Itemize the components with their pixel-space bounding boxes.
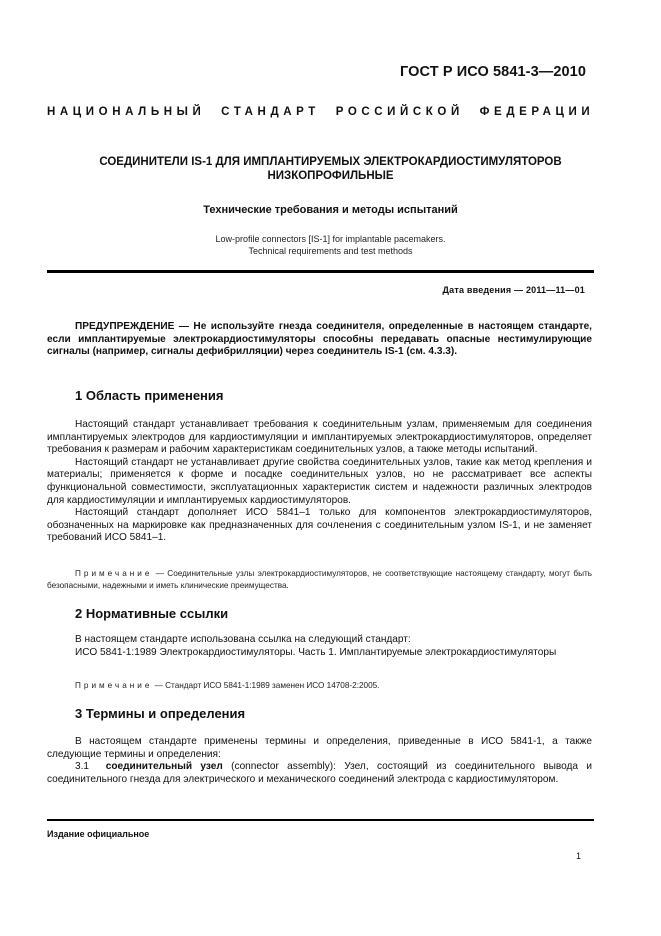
warning-label: ПРЕДУПРЕЖДЕНИЕ [75, 321, 174, 332]
reference-entry: ИСО 5841-1:1989 Электрокардиостимуляторы… [47, 647, 592, 660]
english-title-line-1: Low-profile connectors [IS-1] for implan… [40, 233, 621, 245]
english-title: Low-profile connectors [IS-1] for implan… [40, 233, 621, 257]
term-english: (connector assembly): [231, 761, 336, 772]
edition-label: Издание официальное [47, 829, 149, 839]
document-subtitle: Технические требования и методы испытани… [40, 204, 621, 216]
note-label: Примечание [75, 569, 152, 578]
paragraph: В настоящем стандарте использована ссылк… [47, 634, 592, 647]
term-name: соединительный узел [106, 761, 223, 772]
note-label: Примечание [75, 681, 152, 690]
introduction-date: Дата введения — 2011—11—01 [443, 285, 585, 295]
header-divider [47, 270, 594, 273]
section-3-body: В настоящем стандарте применены термины … [47, 736, 592, 786]
title-line-2: НИЗКОПРОФИЛЬНЫЕ [40, 169, 621, 183]
section-heading-1: 1 Область применения [75, 388, 224, 403]
paragraph: Настоящий стандарт не устанавливает друг… [47, 457, 592, 507]
document-title: СОЕДИНИТЕЛИ IS-1 ДЛЯ ИМПЛАНТИРУЕМЫХ ЭЛЕК… [40, 155, 621, 183]
page-number: 1 [576, 851, 581, 861]
section-heading-3: 3 Термины и определения [75, 706, 245, 721]
section-heading-2: 2 Нормативные ссылки [75, 606, 228, 621]
paragraph: Настоящий стандарт устанавливает требова… [47, 419, 592, 457]
paragraph: Настоящий стандарт дополняет ИСО 5841–1 … [47, 507, 592, 545]
national-standard-banner: НАЦИОНАЛЬНЫЙ СТАНДАРТ РОССИЙСКОЙ ФЕДЕРАЦ… [47, 106, 592, 118]
section-1-body: Настоящий стандарт устанавливает требова… [47, 419, 592, 545]
section-2-body: В настоящем стандарте использована ссылк… [47, 634, 592, 659]
section-2-note: Примечание — Стандарт ИСО 5841-1:1989 за… [47, 680, 592, 692]
section-1-note: Примечание — Соединительные узлы электро… [47, 568, 592, 591]
warning-paragraph: ПРЕДУПРЕЖДЕНИЕ — Не используйте гнезда с… [47, 321, 592, 359]
document-page: ГОСТ Р ИСО 5841-3—2010 НАЦИОНАЛЬНЫЙ СТАН… [0, 0, 661, 936]
term-number: 3.1 [75, 761, 89, 772]
note-text: — Стандарт ИСО 5841-1:1989 заменен ИСО 1… [152, 681, 379, 690]
english-title-line-2: Technical requirements and test methods [40, 245, 621, 257]
paragraph: В настоящем стандарте применены термины … [47, 736, 592, 761]
footer-divider [47, 819, 594, 821]
term-definition: 3.1 соединительный узел (connector assem… [47, 761, 592, 786]
document-code: ГОСТ Р ИСО 5841-3—2010 [400, 64, 586, 80]
title-line-1: СОЕДИНИТЕЛИ IS-1 ДЛЯ ИМПЛАНТИРУЕМЫХ ЭЛЕК… [40, 155, 621, 169]
